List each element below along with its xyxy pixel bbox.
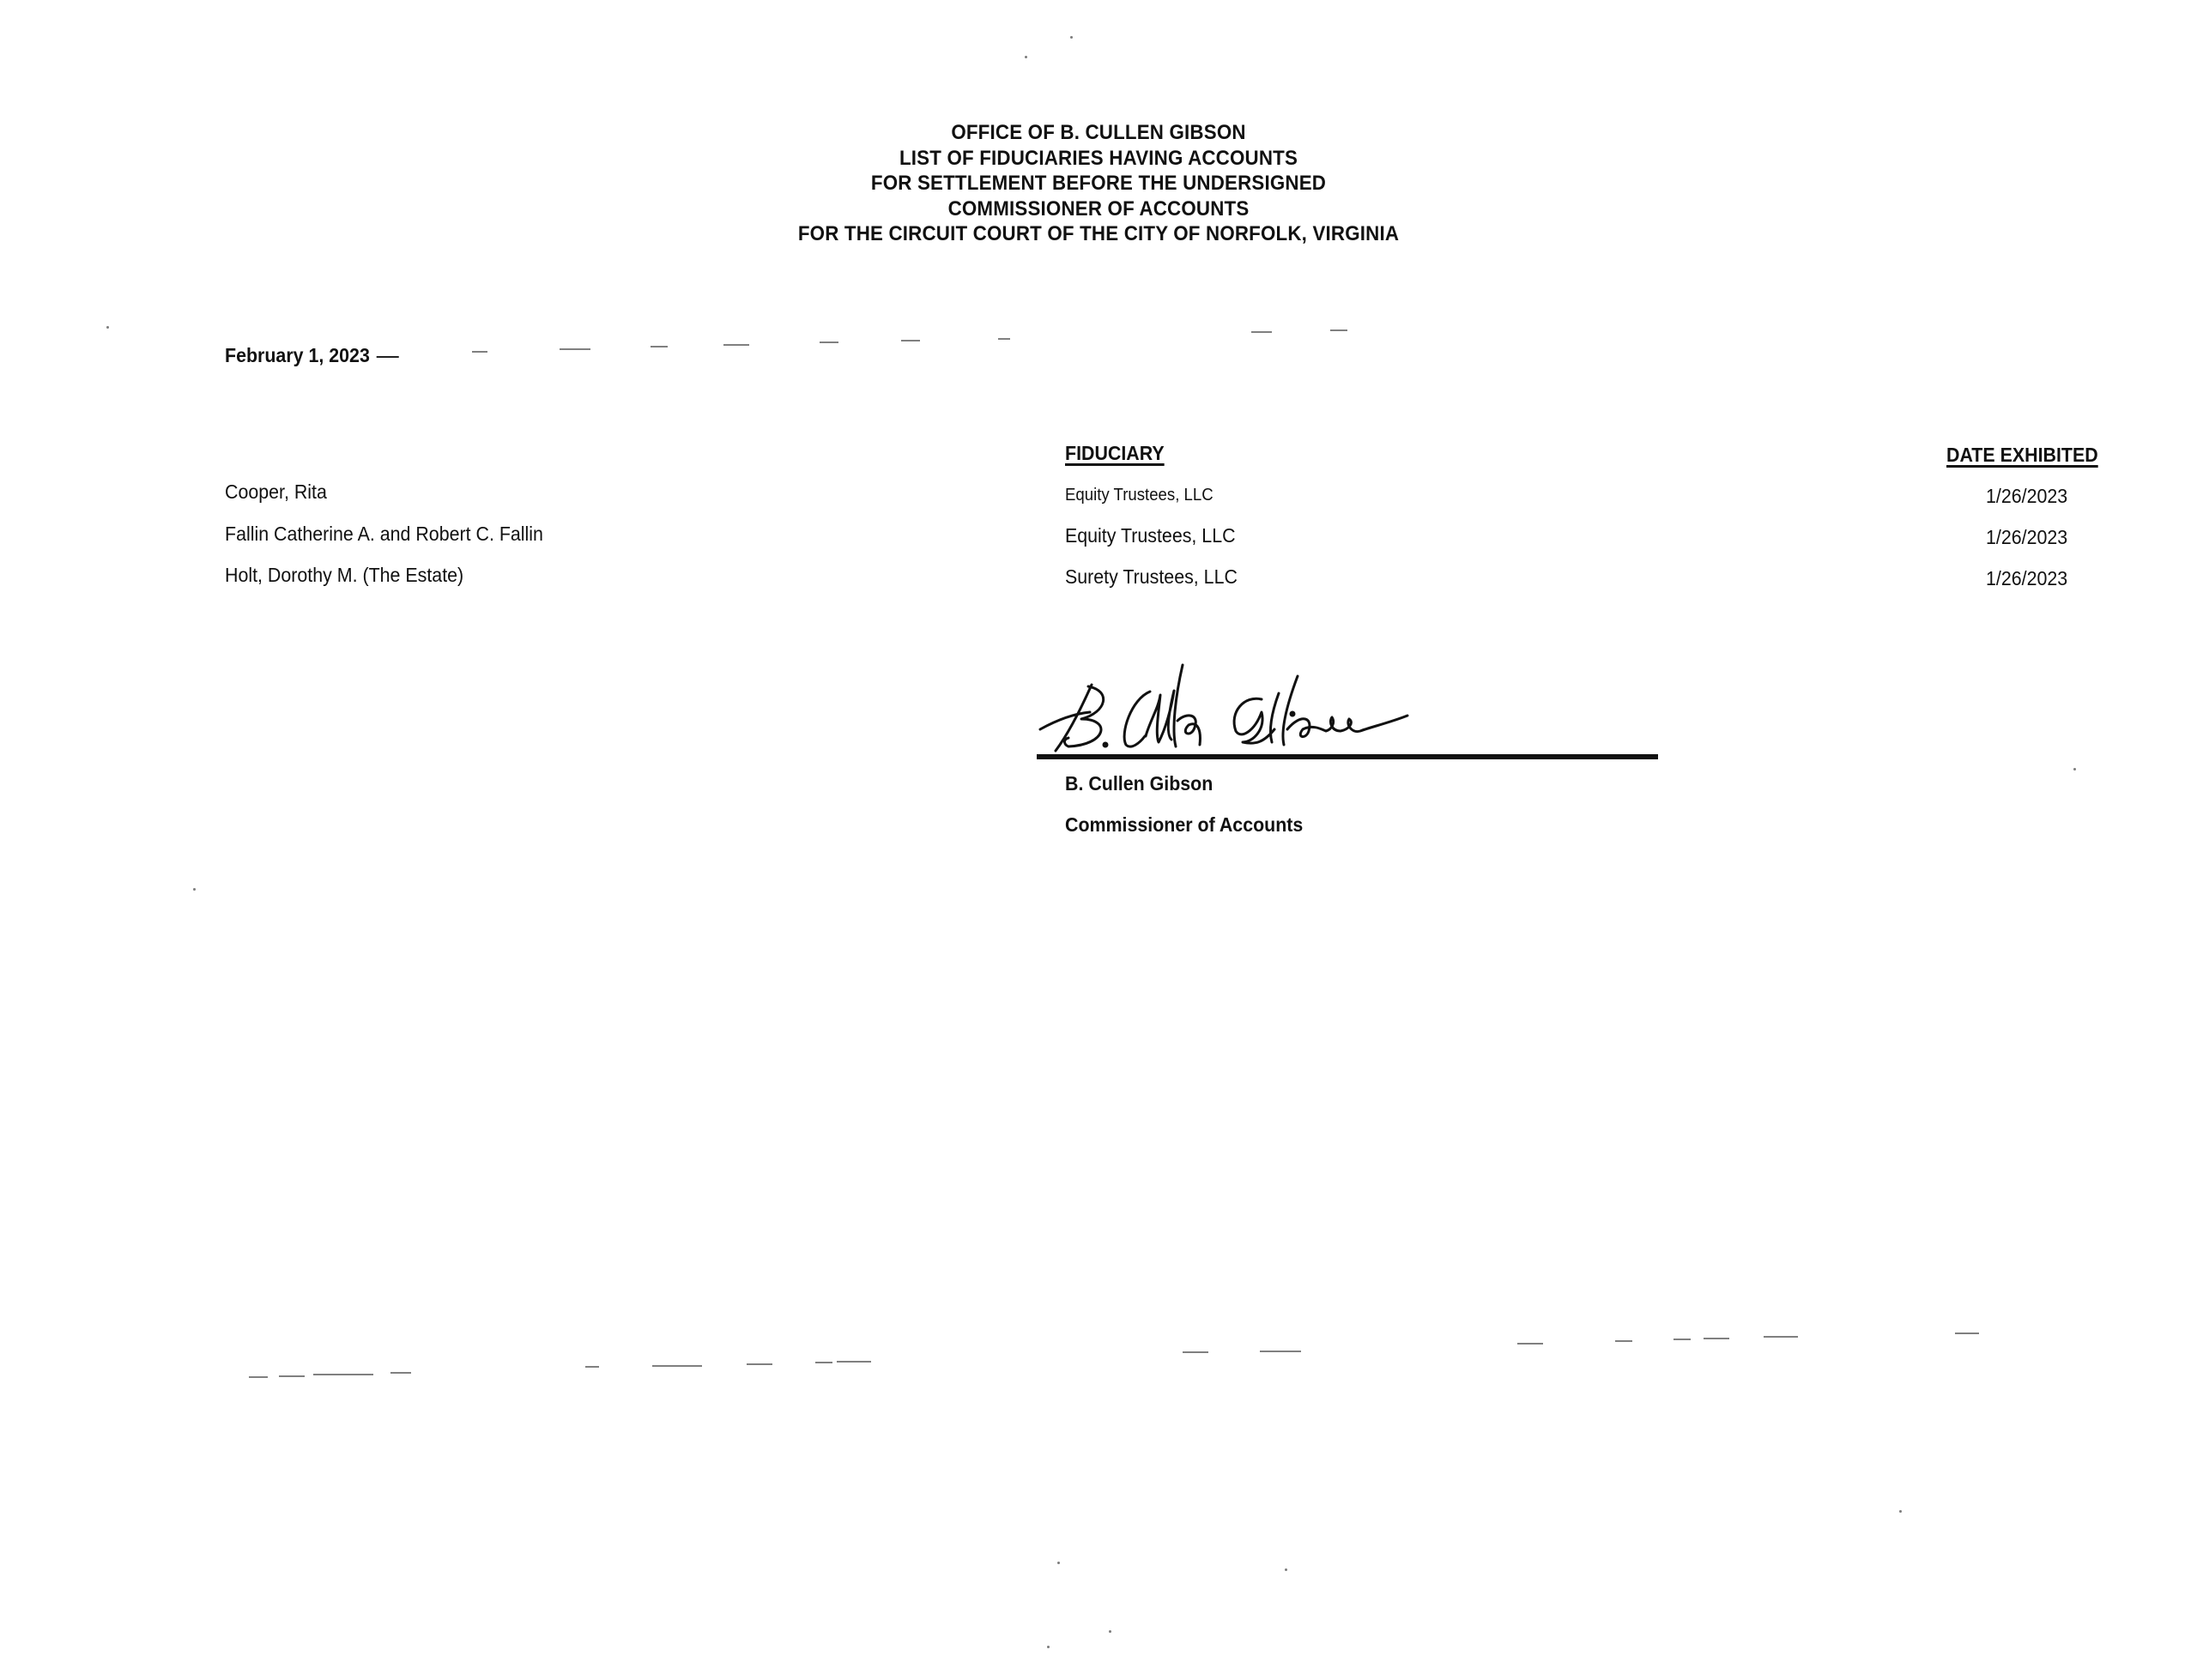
header-line: COMMISSIONER OF ACCOUNTS [77,196,2121,222]
scan-noise [1109,1630,1111,1633]
scan-noise [560,348,590,350]
scan-noise [820,341,838,343]
scan-noise [313,1374,373,1375]
scan-noise [1899,1510,1902,1513]
signature-line [1037,754,1658,759]
scan-noise [1260,1351,1301,1352]
scan-noise [652,1365,702,1367]
entry-name: Holt, Dorothy M. (The Estate) [225,564,463,587]
scan-noise [585,1366,599,1368]
document-header: OFFICE OF B. CULLEN GIBSON LIST OF FIDUC… [0,120,2197,247]
entry-fiduciary: Equity Trustees, LLC [1065,524,1236,547]
header-line: FOR THE CIRCUIT COURT OF THE CITY OF NOR… [77,221,2121,247]
scan-noise [1047,1646,1050,1648]
entry-fiduciary: Surety Trustees, LLC [1065,565,1238,589]
scan-noise [1330,329,1347,331]
scan-noise [747,1363,772,1365]
entry-name: Cooper, Rita [225,480,327,504]
scan-noise [723,344,749,346]
entry-name: Fallin Catherine A. and Robert C. Fallin [225,523,543,546]
scan-noise [1285,1568,1287,1571]
scan-noise [249,1376,268,1378]
scan-noise [1955,1333,1979,1334]
scan-noise [1764,1336,1798,1338]
scan-noise [815,1362,832,1363]
scan-noise [1251,331,1272,333]
column-header-fiduciary: FIDUCIARY [1065,442,1165,465]
column-header-date-exhibited: DATE EXHIBITED [1946,444,2098,467]
header-line: FOR SETTLEMENT BEFORE THE UNDERSIGNED [77,171,2121,196]
scan-noise [279,1375,305,1377]
entry-date-exhibited: 1/26/2023 [1986,567,2067,590]
dash-mark [376,356,398,358]
header-line: OFFICE OF B. CULLEN GIBSON [77,120,2121,146]
scan-noise [472,351,487,353]
signer-name: B. Cullen Gibson [1065,772,1213,795]
scan-noise [837,1361,871,1363]
scan-noise [1517,1343,1543,1345]
scan-noise [1183,1351,1208,1353]
signer-title: Commissioner of Accounts [1065,813,1303,837]
scan-noise [901,340,920,341]
document-date: February 1, 2023 [225,344,398,367]
scan-noise [1025,56,1027,58]
scan-noise [998,338,1010,340]
entry-date-exhibited: 1/26/2023 [1986,526,2067,549]
scan-noise [651,346,668,347]
date-text: February 1, 2023 [225,344,370,366]
scan-noise [1615,1340,1632,1342]
scan-noise [1070,36,1073,39]
entry-fiduciary: Equity Trustees, LLC [1065,486,1213,505]
scan-noise [1673,1339,1691,1340]
scan-noise [1704,1338,1729,1339]
document-page: OFFICE OF B. CULLEN GIBSON LIST OF FIDUC… [0,0,2197,1680]
entry-date-exhibited: 1/26/2023 [1986,485,2067,508]
scan-noise [193,888,196,891]
scan-noise [106,326,109,329]
scan-noise [390,1372,411,1374]
scan-noise [2073,768,2076,771]
header-line: LIST OF FIDUCIARIES HAVING ACCOUNTS [77,146,2121,172]
scan-noise [1057,1562,1060,1564]
